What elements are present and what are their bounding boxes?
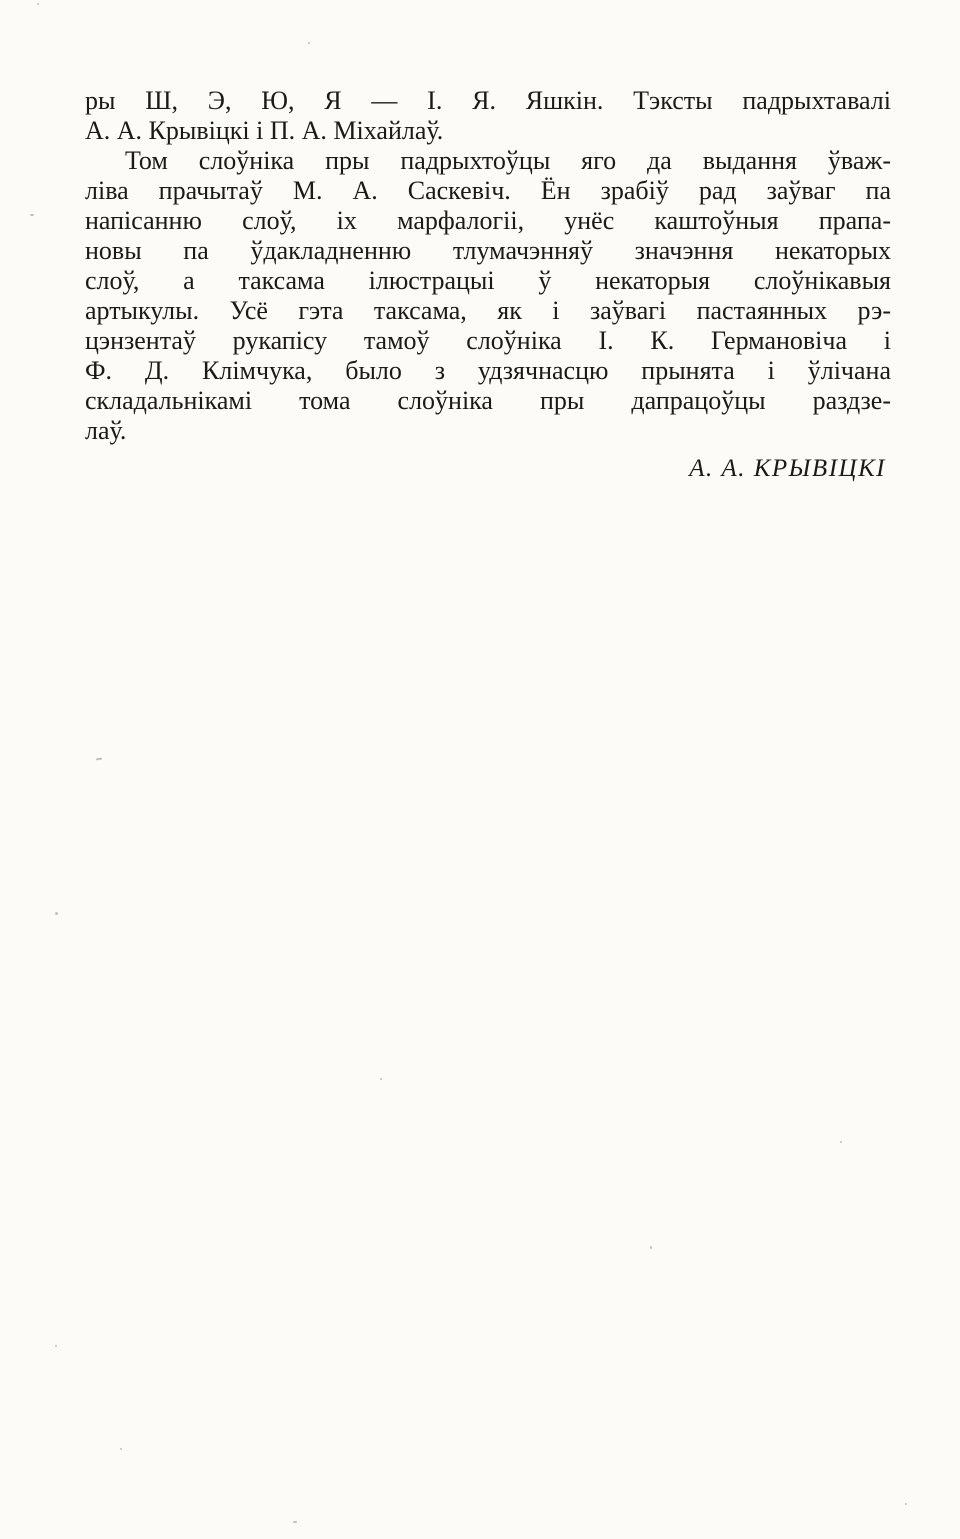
scan-speck: [30, 214, 34, 216]
text-line: слоў, а таксама ілюстрацыі ў некаторыя с…: [85, 266, 891, 296]
book-page: ры Ш, Э, Ю, Я — І. Я. Яшкін. Тэксты падр…: [0, 0, 960, 1539]
scan-speck: [55, 912, 58, 915]
text-line: Том слоўніка пры падрыхтоўцы яго да выда…: [85, 146, 891, 176]
scan-speck: [650, 1246, 652, 1249]
scan-speck: [380, 1078, 382, 1080]
scan-speck: [308, 42, 310, 44]
body-text: ры Ш, Э, Ю, Я — І. Я. Яшкін. Тэксты падр…: [85, 86, 891, 446]
scan-speck: [905, 1503, 907, 1505]
author-signature: А. А. КРЫВІЦКІ: [689, 455, 886, 483]
text-line: напісанню слоў, іх марфалогіі, унёс кашт…: [85, 206, 891, 236]
text-line: складальнікамі тома слоўніка пры дапрацо…: [85, 386, 891, 416]
text-line: А. А. Крывіцкі і П. А. Міхайлаў.: [85, 116, 891, 146]
text-line: цэнзентаў рукапісу тамоў слоўніка І. К. …: [85, 326, 891, 356]
text-line: ліва прачытаў М. А. Саскевіч. Ён зрабіў …: [85, 176, 891, 206]
text-line: лаў.: [85, 416, 891, 446]
scan-speck: [293, 1521, 297, 1523]
text-line: ры Ш, Э, Ю, Я — І. Я. Яшкін. Тэксты падр…: [85, 86, 891, 116]
text-line: артыкулы. Усё гэта таксама, як і заўвагі…: [85, 296, 891, 326]
text-line: Ф. Д. Клімчука, было з удзячнасцю прынят…: [85, 356, 891, 386]
scan-speck: [55, 1345, 57, 1347]
scan-speck: [96, 758, 102, 761]
scan-speck: [37, 3, 39, 5]
text-line: новы па ўдакладненню тлумачэнняў значэнн…: [85, 236, 891, 266]
scan-speck: [120, 1448, 122, 1450]
scan-speck: [840, 1141, 842, 1143]
